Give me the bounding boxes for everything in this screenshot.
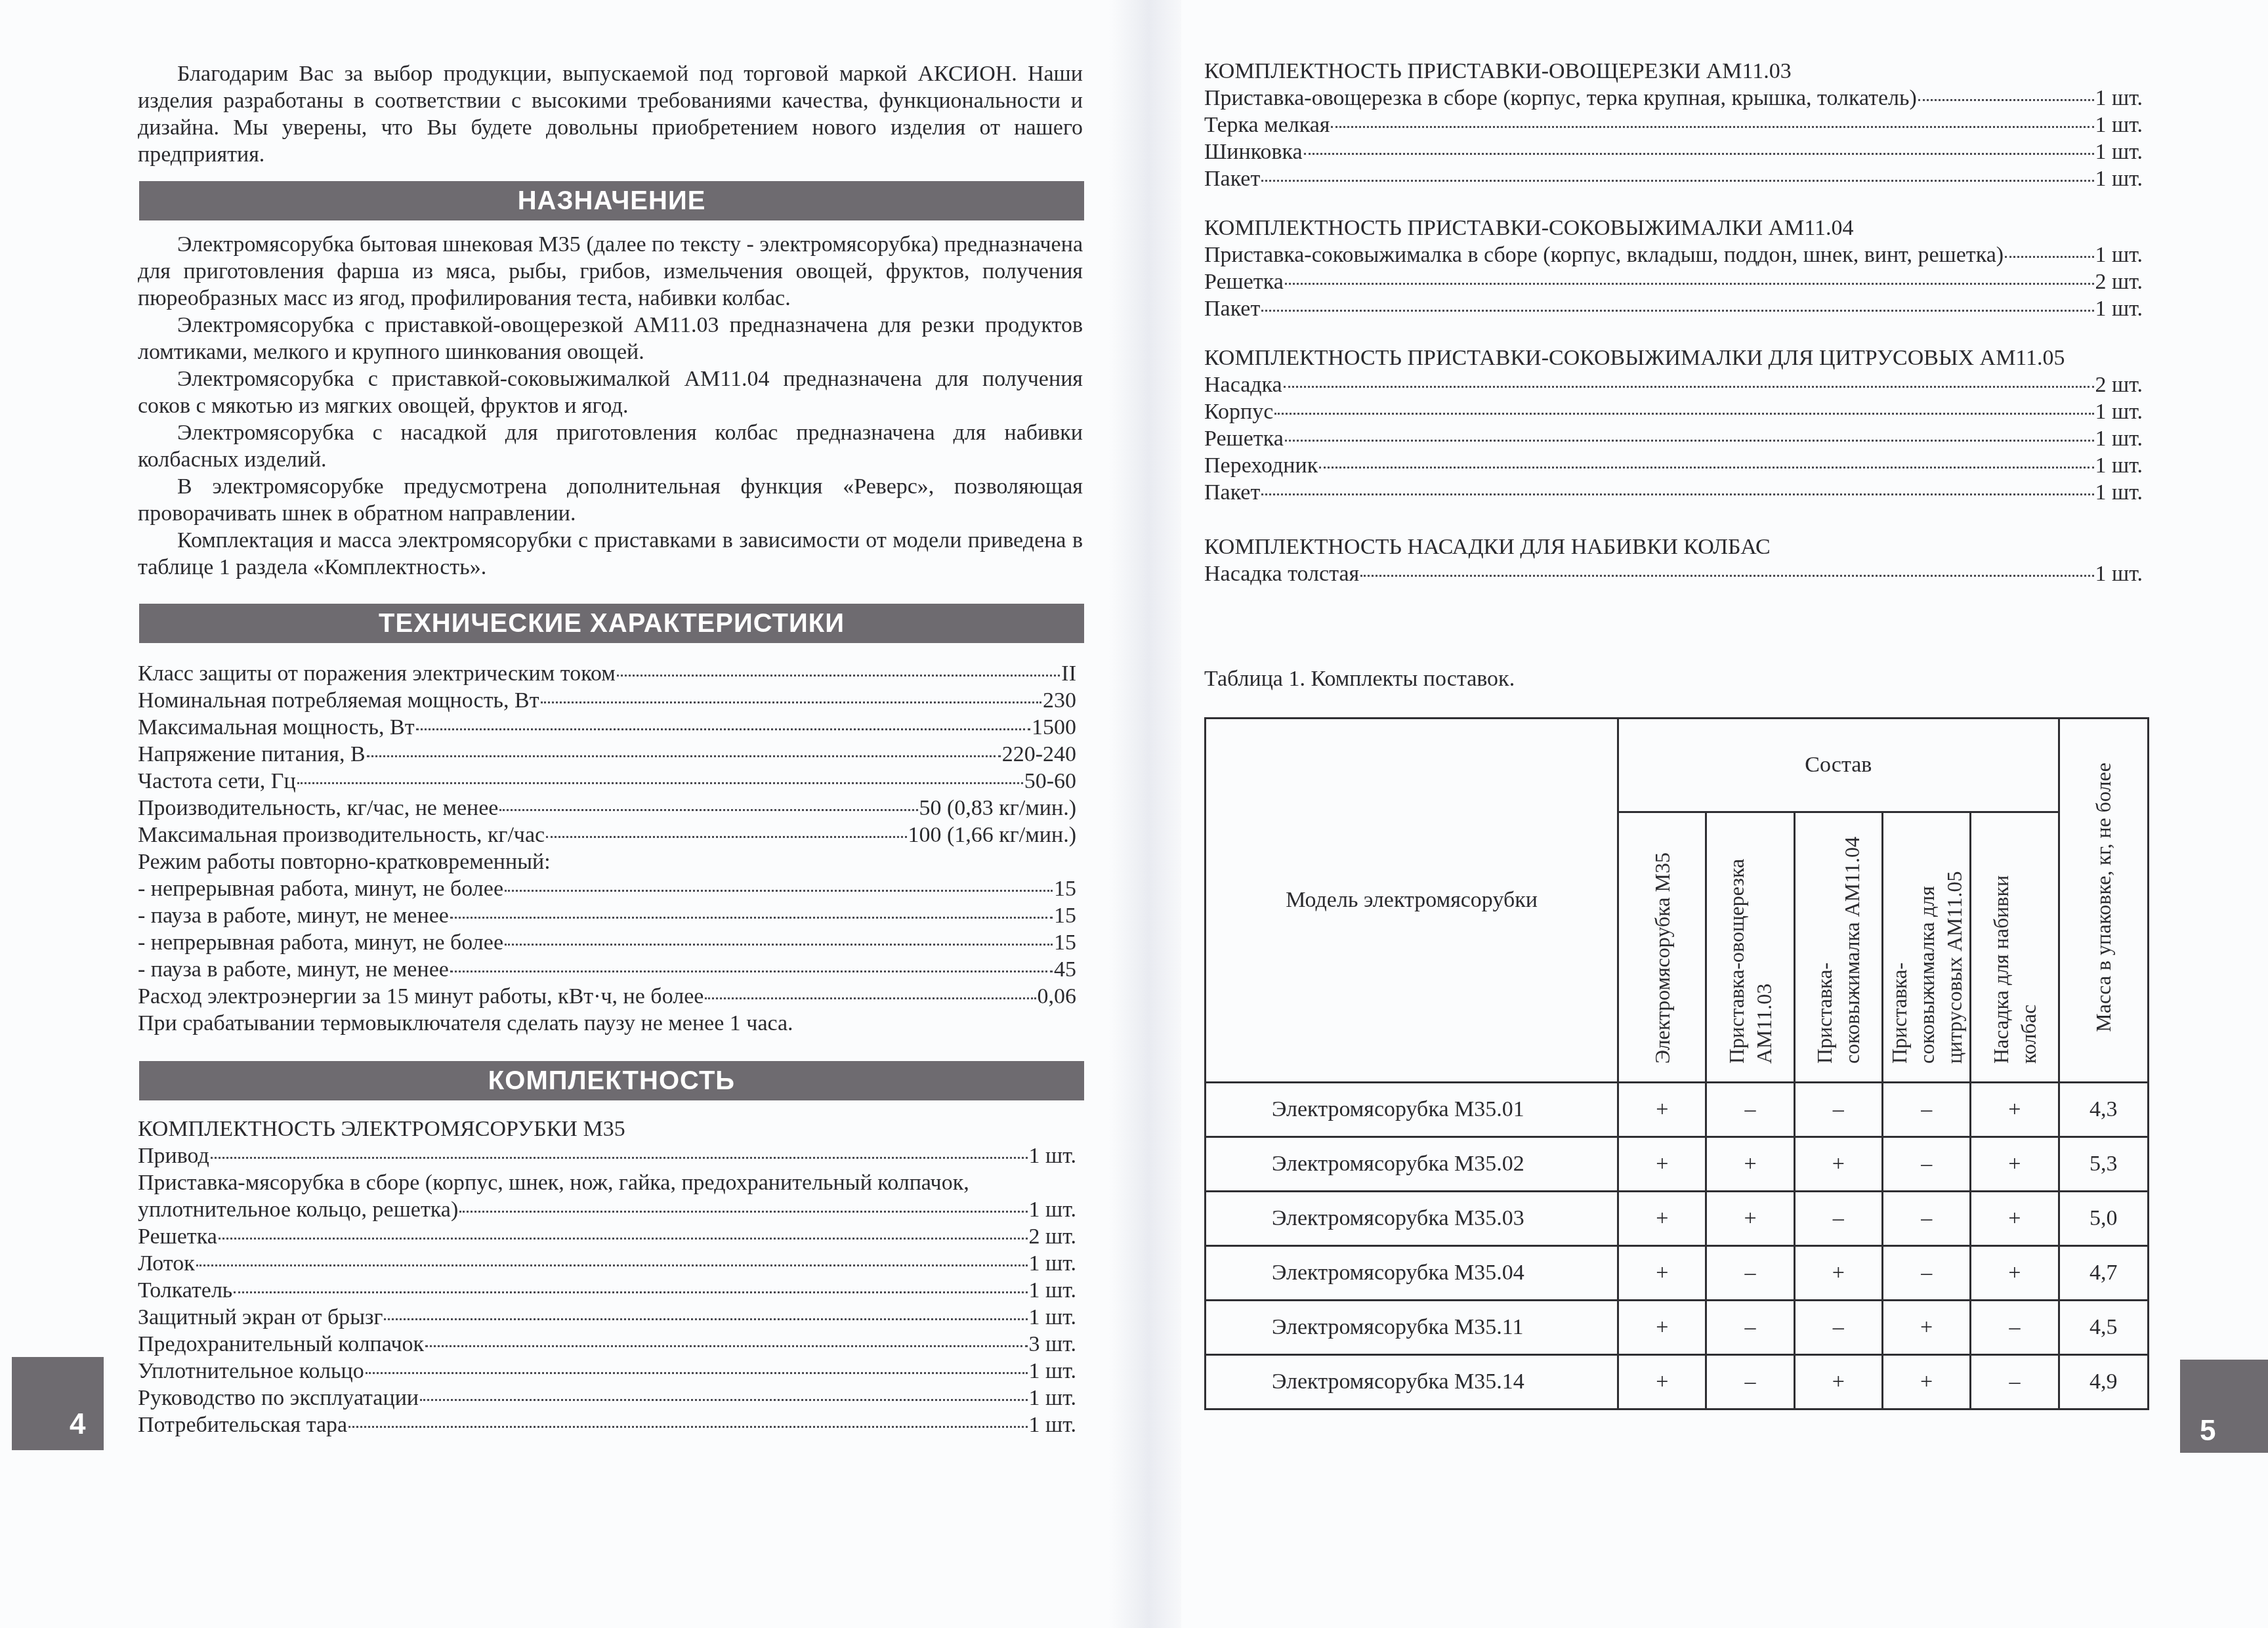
model-cell: Электромясорубка М35.03 [1206, 1192, 1618, 1246]
leader-dots [1284, 386, 2094, 388]
kit-section: КОМПЛЕКТНОСТЬ НАСАДКИ ДЛЯ НАБИВКИ КОЛБАС… [1204, 533, 2143, 587]
model-cell: Электромясорубка М35.04 [1206, 1246, 1618, 1301]
component-cell: + [1883, 1301, 1971, 1355]
component-cell: – [1706, 1246, 1794, 1301]
kit-item: уплотнительное кольцо, решетка) 1 шт. [138, 1196, 1076, 1223]
leader-dots [1304, 153, 2094, 155]
mode-row: - пауза в работе, минут, не менее15 [138, 902, 1076, 929]
component-cell: – [1883, 1137, 1971, 1192]
component-cell: + [1706, 1137, 1794, 1192]
leader-dots [420, 1399, 1027, 1401]
kit-item: Привод 1 шт. [138, 1142, 1076, 1169]
kit-item: Пакет1 шт. [1204, 295, 2143, 322]
leader-dots [617, 675, 1060, 677]
kit-block: КОМПЛЕКТНОСТЬ ЭЛЕКТРОМЯСОРУБКИ М35 Приво… [138, 1116, 1076, 1438]
component-cell: – [1794, 1301, 1882, 1355]
header-component: Приставка-соковыжималка для цитрусовых А… [1883, 812, 1971, 1083]
leader-dots [505, 944, 1053, 946]
table-row: Электромясорубка М35.04+–+–+4,7 [1206, 1246, 2149, 1301]
spec-row: Максимальная мощность, Вт1500 [138, 714, 1076, 741]
table-row: Электромясорубка М35.14+–++–4,9 [1206, 1355, 2149, 1409]
kit-section-title: КОМПЛЕКТНОСТЬ ПРИСТАВКИ-СОКОВЫЖИМАЛКИ ДЛ… [1204, 344, 2143, 371]
header-component: Приставка-овощерезка АМ11.03 [1706, 812, 1794, 1083]
purpose-paragraph: В электромясорубке предусмотрена дополни… [138, 473, 1083, 527]
intro-block: Благодарим Вас за выбор продукции, выпус… [138, 60, 1083, 168]
model-cell: Электромясорубка М35.14 [1206, 1355, 1618, 1409]
mass-cell: 4,3 [2059, 1083, 2148, 1137]
kit-item: Приставка-соковыжималка в сборе (корпус,… [1204, 241, 2143, 268]
component-cell: – [1883, 1246, 1971, 1301]
model-cell: Электромясорубка М35.02 [1206, 1137, 1618, 1192]
component-cell: + [1794, 1355, 1882, 1409]
component-cell: + [1883, 1355, 1971, 1409]
leader-dots [1274, 413, 2093, 415]
leader-dots [1319, 467, 2093, 469]
component-cell: + [1971, 1246, 2059, 1301]
kit-item: Решетка1 шт. [1204, 425, 2143, 452]
leader-dots [1331, 126, 2093, 128]
header-component: Насадка для набивки колбас [1971, 812, 2059, 1083]
mode-row: - непрерывная работа, минут, не более15 [138, 929, 1076, 956]
component-cell: – [1971, 1301, 2059, 1355]
kit-item: Терка мелкая1 шт. [1204, 112, 2143, 138]
leader-dots [1360, 575, 2093, 577]
leader-dots [219, 1238, 1028, 1240]
mass-cell: 5,3 [2059, 1137, 2148, 1192]
component-cell: – [1794, 1192, 1882, 1246]
purpose-paragraph: Комплектация и масса электромясорубки с … [138, 527, 1083, 581]
book-gutter [1109, 0, 1181, 1628]
kit-item: Предохранительный колпачок3 шт. [138, 1331, 1076, 1358]
supply-table: Модель электромясорубки Состав Масса в у… [1204, 717, 2149, 1410]
purpose-paragraph: Электромясорубка бытовая шнековая М35 (д… [138, 231, 1083, 312]
section-band-specs: ТЕХНИЧЕСКИЕ ХАРАКТЕРИСТИКИ [139, 604, 1084, 643]
table-caption: Таблица 1. Комплекты поставок. [1204, 667, 1515, 692]
mode-list: - непрерывная работа, минут, не более15-… [138, 875, 1076, 1010]
leader-dots [211, 1157, 1028, 1159]
purpose-paragraph: Электромясорубка с насадкой для приготов… [138, 419, 1083, 473]
kit-item: Пакет1 шт. [1204, 479, 2143, 506]
component-cell: – [1794, 1083, 1882, 1137]
header-mass: Масса в упаковке, кг, не более [2059, 719, 2148, 1083]
spec-row: Класс защиты от поражения электрическим … [138, 660, 1076, 687]
spec-row: Напряжение питания, В220-240 [138, 741, 1076, 768]
specs-block: Класс защиты от поражения электрическим … [138, 660, 1076, 1037]
kit-item: Уплотнительное кольцо1 шт. [138, 1358, 1076, 1385]
kit-section: КОМПЛЕКТНОСТЬ ПРИСТАВКИ-ОВОЩЕРЕЗКИ АМ11.… [1204, 58, 2143, 192]
kit-item: Защитный экран от брызг1 шт. [138, 1304, 1076, 1331]
mass-cell: 4,9 [2059, 1355, 2148, 1409]
page-number: 5 [2200, 1415, 2215, 1448]
kit-item: Решетка2 шт. [1204, 268, 2143, 295]
component-cell: + [1618, 1083, 1706, 1137]
header-component: Приставка-соковыжималка АМ11.04 [1794, 812, 1882, 1083]
kit-section-title: КОМПЛЕКТНОСТЬ ПРИСТАВКИ-СОКОВЫЖИМАЛКИ АМ… [1204, 215, 2143, 241]
leader-dots [348, 1426, 1027, 1428]
kit-item: Насадка2 шт. [1204, 371, 2143, 398]
page-number-box: 5 [2180, 1360, 2268, 1453]
kit-item: Приставка-овощерезка в сборе (корпус, те… [1204, 85, 2143, 112]
kit-item: Переходник1 шт. [1204, 452, 2143, 479]
leader-dots [1285, 283, 2094, 285]
left-page: Благодарим Вас за выбор продукции, выпус… [0, 0, 1109, 1628]
kit-section: КОМПЛЕКТНОСТЬ ПРИСТАВКИ-СОКОВЫЖИМАЛКИ АМ… [1204, 215, 2143, 322]
spec-row: Максимальная производительность, кг/час1… [138, 822, 1076, 848]
kit-section-title: КОМПЛЕКТНОСТЬ ПРИСТАВКИ-ОВОЩЕРЕЗКИ АМ11.… [1204, 58, 2143, 85]
model-cell: Электромясорубка М35.11 [1206, 1301, 1618, 1355]
header-component: Электромясорубка М35 [1618, 812, 1706, 1083]
kit-item-line: Приставка-мясорубка в сборе (корпус, шне… [138, 1169, 1076, 1196]
leader-dots [1261, 493, 2093, 495]
leader-dots [546, 836, 906, 838]
leader-dots [234, 1291, 1027, 1293]
leader-dots [384, 1318, 1027, 1320]
leader-dots [297, 782, 1023, 784]
purpose-paragraph: Электромясорубка с приставкой-овощерезко… [138, 312, 1083, 365]
section-band-kit: КОМПЛЕКТНОСТЬ [139, 1061, 1084, 1100]
spec-row: Производительность, кг/час, не менее50 (… [138, 795, 1076, 822]
table-row: Электромясорубка М35.03++––+5,0 [1206, 1192, 2149, 1246]
kit-section-title: КОМПЛЕКТНОСТЬ НАСАДКИ ДЛЯ НАБИВКИ КОЛБАС [1204, 533, 2143, 560]
leader-dots [505, 890, 1053, 892]
component-cell: + [1618, 1246, 1706, 1301]
thermal-note: При срабатывании термовыключателя сделат… [138, 1010, 1076, 1037]
spec-row: Частота сети, Гц50-60 [138, 768, 1076, 795]
kit-list: Решетка2 шт.Лоток1 шт.Толкатель1 шт.Защи… [138, 1223, 1076, 1438]
leader-dots [1918, 99, 2094, 101]
leader-dots [705, 997, 1036, 999]
right-page: КОМПЛЕКТНОСТЬ ПРИСТАВКИ-ОВОЩЕРЕЗКИ АМ11.… [1181, 0, 2268, 1628]
leader-dots [450, 971, 1053, 972]
intro-paragraph: Благодарим Вас за выбор продукции, выпус… [138, 60, 1083, 168]
table-row: Электромясорубка М35.02+++–+5,3 [1206, 1137, 2149, 1192]
purpose-block: Электромясорубка бытовая шнековая М35 (д… [138, 231, 1083, 581]
leader-dots [450, 917, 1053, 919]
component-cell: + [1618, 1355, 1706, 1409]
component-cell: + [1794, 1246, 1882, 1301]
mass-cell: 4,7 [2059, 1246, 2148, 1301]
mode-title: Режим работы повторно-кратковременный: [138, 848, 1076, 875]
leader-dots [2005, 256, 2093, 258]
model-cell: Электромясорубка М35.01 [1206, 1083, 1618, 1137]
component-cell: + [1618, 1137, 1706, 1192]
leader-dots [1261, 310, 2093, 312]
kit-item: Пакет1 шт. [1204, 165, 2143, 192]
component-cell: – [1971, 1355, 2059, 1409]
mode-row: - непрерывная работа, минут, не более15 [138, 875, 1076, 902]
leader-dots [416, 728, 1030, 730]
header-group: Состав [1618, 719, 2059, 812]
leader-dots [367, 755, 1001, 757]
page-number: 4 [70, 1408, 85, 1441]
leader-dots [366, 1372, 1028, 1374]
component-cell: + [1971, 1192, 2059, 1246]
leader-dots [499, 809, 917, 811]
leader-dots [1285, 440, 2094, 442]
leader-dots [541, 701, 1041, 703]
mass-cell: 4,5 [2059, 1301, 2148, 1355]
mode-row: Расход электроэнергии за 15 минут работы… [138, 983, 1076, 1010]
component-cell: – [1883, 1083, 1971, 1137]
component-cell: – [1706, 1301, 1794, 1355]
component-cell: – [1706, 1083, 1794, 1137]
component-cell: + [1618, 1192, 1706, 1246]
kit-item: Шинковка1 шт. [1204, 138, 2143, 165]
component-cell: + [1794, 1137, 1882, 1192]
component-cell: + [1706, 1192, 1794, 1246]
attachment-kits: КОМПЛЕКТНОСТЬ ПРИСТАВКИ-ОВОЩЕРЕЗКИ АМ11.… [1204, 58, 2143, 587]
kit-item: Руководство по эксплуатации1 шт. [138, 1385, 1076, 1411]
page-number-box: 4 [12, 1357, 104, 1450]
table-row: Электромясорубка М35.11+––+–4,5 [1206, 1301, 2149, 1355]
kit-item: Лоток1 шт. [138, 1250, 1076, 1277]
section-band-purpose: НАЗНАЧЕНИЕ [139, 181, 1084, 220]
component-cell: – [1706, 1355, 1794, 1409]
kit-item: Потребительская тара1 шт. [138, 1411, 1076, 1438]
spec-row: Номинальная потребляемая мощность, Вт230 [138, 687, 1076, 714]
header-model: Модель электромясорубки [1206, 719, 1618, 1083]
component-cell: – [1883, 1192, 1971, 1246]
component-cell: + [1971, 1137, 2059, 1192]
component-cell: + [1618, 1301, 1706, 1355]
kit-item: Насадка толстая1 шт. [1204, 560, 2143, 587]
kit-section: КОМПЛЕКТНОСТЬ ПРИСТАВКИ-СОКОВЫЖИМАЛКИ ДЛ… [1204, 344, 2143, 506]
table-row: Электромясорубка М35.01+–––+4,3 [1206, 1083, 2149, 1137]
kit-item: Решетка2 шт. [138, 1223, 1076, 1250]
kit-subtitle: КОМПЛЕКТНОСТЬ ЭЛЕКТРОМЯСОРУБКИ М35 [138, 1116, 1076, 1142]
mode-row: - пауза в работе, минут, не менее45 [138, 956, 1076, 983]
component-cell: + [1971, 1083, 2059, 1137]
specs-list: Класс защиты от поражения электрическим … [138, 660, 1076, 848]
leader-dots [425, 1345, 1027, 1347]
leader-dots [1261, 180, 2093, 182]
mass-cell: 5,0 [2059, 1192, 2148, 1246]
purpose-paragraph: Электромясорубка с приставкой-соковыжима… [138, 365, 1083, 419]
kit-item: Корпус1 шт. [1204, 398, 2143, 425]
leader-dots [459, 1211, 1027, 1213]
kit-item: Толкатель1 шт. [138, 1277, 1076, 1304]
leader-dots [196, 1264, 1028, 1266]
